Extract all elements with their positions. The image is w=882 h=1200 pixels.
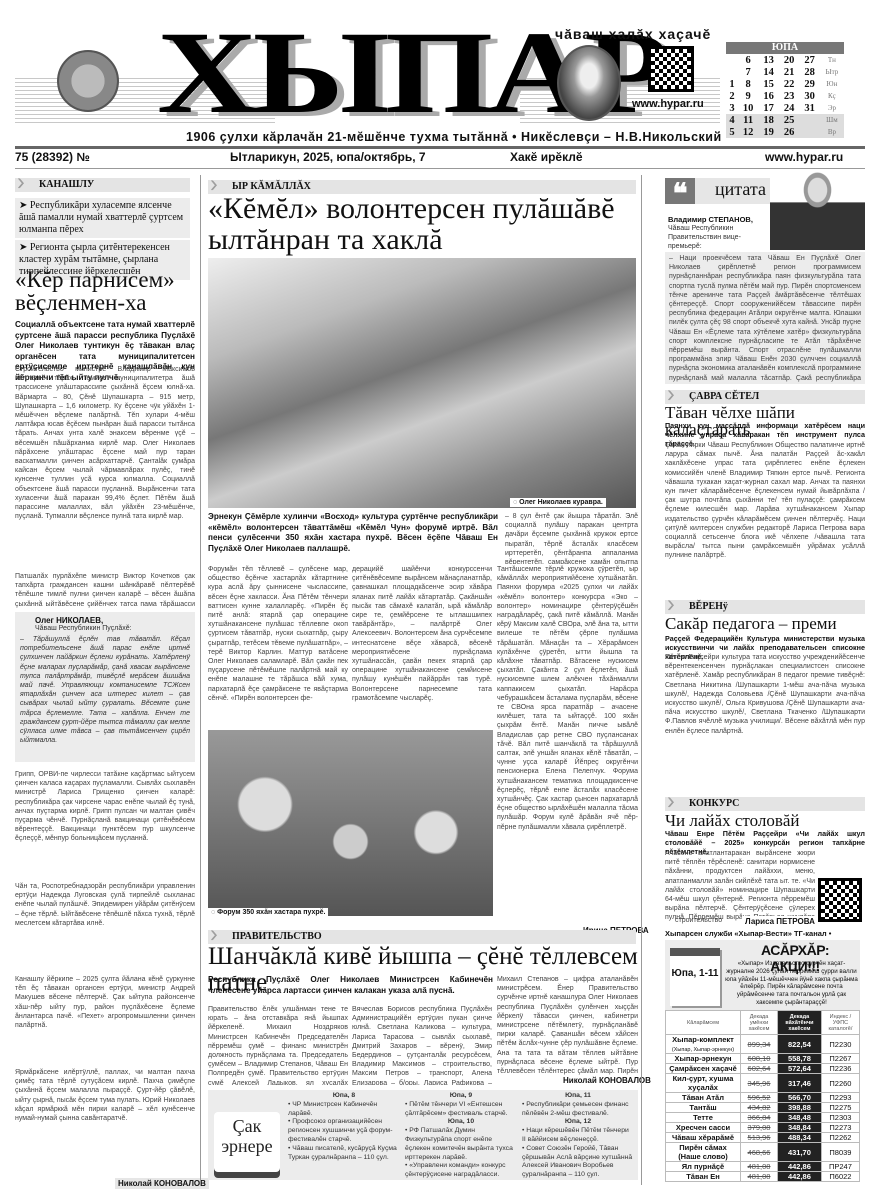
article-body-col2: дерацийĕ шайĕнчи конкурссенчи çитĕнĕвĕсе… bbox=[352, 565, 492, 725]
founder-portrait bbox=[557, 45, 621, 121]
article-body: Пĕтĕм Раççейри культура тата искусство у… bbox=[665, 653, 865, 793]
issue-number: 75 (28392) № bbox=[15, 150, 90, 164]
article-body-col1: Правительство ĕлĕк улшăнман тене те юрат… bbox=[208, 1005, 348, 1085]
quote-author: Владимир СТЕПАНОВ, bbox=[668, 215, 768, 224]
article-headline[interactable]: Чи лайăх столовăй bbox=[665, 812, 870, 829]
quote-author-title: Чăваш Республикин Правительствин вице-пр… bbox=[668, 224, 768, 251]
article-body: Чăн та, Роспотребнадзорăн республикăри у… bbox=[15, 882, 195, 972]
table-row: Тăван Атăл596,52566,70П2293 bbox=[666, 1093, 860, 1103]
events-day-column: Юпа, 9 • Пĕтĕм тĕнчери VI «Ентешсен çăлт… bbox=[405, 1092, 517, 1180]
table-row: Кил-çурт, хушма хуçалăх345,96317,46П2260 bbox=[666, 1074, 860, 1093]
section-label-konkurs: КОНКУРС bbox=[665, 797, 865, 811]
table-row: Хыпар-эрнекун608,10558,78П2267 bbox=[666, 1054, 860, 1064]
byline: Лариса ПЕТРОВА bbox=[742, 916, 818, 927]
article-body-col2: Вячеслав Борисов республика Пуçлăхĕн Адм… bbox=[352, 1005, 492, 1085]
table-row: Тетте366,84348,48П2303 bbox=[666, 1113, 860, 1123]
qr-code-icon[interactable] bbox=[648, 46, 694, 92]
article-note: строительство bbox=[675, 916, 735, 926]
article-body: Çакăн пирки Чăваш Республикин Общество п… bbox=[665, 441, 865, 576]
quote-box: Олег НИКОЛАЕВ, Чăваш Республикин Пуçлăхĕ… bbox=[15, 612, 195, 762]
slogan: чăваш халăх хаçачĕ bbox=[555, 26, 711, 42]
masthead-tagline: 1906 çулхи кăрлачăн 21-мĕшĕнче тухма тыт… bbox=[186, 130, 722, 144]
article-body-col1: Форумăн тĕп тĕллевĕ – çулĕсене мар, обще… bbox=[208, 565, 348, 725]
article-body-col3: Тантăшсемпе тĕрлĕ кружока çÿретĕп, ыр кă… bbox=[497, 565, 638, 935]
article-headline[interactable]: Сакăр педагога – преми bbox=[665, 615, 870, 632]
issue-date: Ытларикун, 2025, юпа/октябрь, 7 bbox=[230, 150, 426, 164]
section-label-pravitelstvo: ПРАВИТЕЛЬСТВО bbox=[208, 930, 636, 944]
photo-forum-audience bbox=[208, 730, 493, 916]
divider bbox=[15, 146, 865, 149]
calendar: ЮПА 6132027Тн 7142128Ытр 18152229Юн 2916… bbox=[726, 42, 844, 138]
article-body: Канашлу йĕркипе – 2025 çулта йăлана кĕнĕ… bbox=[15, 975, 195, 1065]
article-headline[interactable]: «Кĕр парнисем» вĕçленмен-ха bbox=[15, 268, 195, 315]
column-divider bbox=[641, 175, 642, 1185]
table-row: Чăваш хĕрарăмĕ513,96488,34П2262 bbox=[666, 1133, 860, 1143]
article-body: Строительство министрĕ Владимир Максимов… bbox=[15, 365, 195, 570]
article-sidebar-text: – 8 çул ĕнтĕ çак йышра тăратăп. Элĕ соци… bbox=[505, 512, 638, 564]
table-row: Пирĕн сăмах (Наше слово)468,66431,70П803… bbox=[666, 1143, 860, 1162]
table-row: Тăван Ен481,08442,86П6022 bbox=[666, 1172, 860, 1182]
promo-calendar-icon: Юпа, 1-11 bbox=[670, 948, 720, 1006]
article-headline[interactable]: «Кĕмĕл» волонтерсен пулăшăвĕ ылтăнран та… bbox=[208, 194, 638, 255]
quote-author-title: Чăваш Республикин Пуçлăхĕ: bbox=[15, 625, 195, 635]
events-day-column: Юпа, 8 • ЧР Министрсен Кабинечĕн ларăвĕ.… bbox=[288, 1092, 400, 1162]
article-body: Ачасене апатлантаракан вырăнсене жюри пи… bbox=[665, 849, 815, 921]
table-row: Хыпар-комплект(Хыпар, Хыпар-эрнекун)899,… bbox=[666, 1035, 860, 1054]
section-label-verenu: ВĔРЕНÿ bbox=[665, 600, 865, 614]
promo-text: «Хыпар» Издательство çурчĕн хаçат-журнал… bbox=[725, 960, 858, 1007]
divider bbox=[15, 168, 865, 169]
quote-label: цитата bbox=[715, 179, 766, 200]
article-body: Патшалăх пурлăхĕпе министр Виктор Кочетк… bbox=[15, 572, 195, 608]
table-header-row: Кăларăмсем Декада умĕнхи хакĕсем Декада … bbox=[666, 1011, 860, 1035]
article-body: Ярмăркăсене илĕртÿллĕ, паллах, чи малтан… bbox=[15, 1068, 195, 1173]
telegram-channel-line[interactable]: Хыпарсен служби «Хыпар-Вести» ТГ-канал • bbox=[665, 929, 831, 938]
calendar-month: ЮПА bbox=[726, 42, 844, 54]
byline: Николай КОНОВАЛОВ bbox=[115, 1178, 209, 1189]
subscription-price-table: Кăларăмсем Декада умĕнхи хакĕсем Декада … bbox=[665, 1010, 860, 1182]
byline: Николай КОНОВАЛОВ bbox=[560, 1075, 654, 1086]
week-events-title: Çак эрнере bbox=[214, 1112, 280, 1156]
week-events-box: Çак эрнере Юпа, 8 • ЧР Министрсен Кабине… bbox=[208, 1090, 638, 1180]
quote-text: – Тăрăшуллă ĕçлĕн тав тăватăп. Кĕçал пот… bbox=[15, 635, 195, 753]
bullet-item: ➤ Республикăри хуласемпе ялсенче ăшă пам… bbox=[15, 198, 190, 238]
promo-box: Юпа, 1-11 АСĂРХĂР: АКЦИ!!! «Хыпар» Издат… bbox=[665, 940, 860, 1010]
photo-caption: ◌ Форум 350 яхăн хастара пухрĕ. bbox=[208, 908, 328, 917]
column-divider bbox=[200, 175, 201, 1185]
qr-code-icon[interactable] bbox=[818, 878, 862, 922]
table-row: Çамрăксен хаçачĕ602,64572,64П2236 bbox=[666, 1064, 860, 1074]
price: Хакĕ ирĕклĕ bbox=[510, 150, 583, 164]
quote-text: – Наци проекчĕсем тата Чăваш Ен Пуçлăхĕ … bbox=[665, 252, 865, 384]
photo-nikolaev-forum bbox=[208, 258, 636, 508]
photo-caption: ◌ Олег Николаев куравра. bbox=[510, 498, 606, 507]
table-row: Ял пурнăçĕ481,08442,86ПР247 bbox=[666, 1162, 860, 1172]
chuvash-emblem-icon bbox=[57, 50, 119, 112]
quote-author: Олег НИКОЛАЕВ, bbox=[15, 612, 195, 625]
calendar-page-icon: Çак эрнере bbox=[214, 1112, 280, 1172]
calendar-grid: 6132027Тн 7142128Ытр 18152229Юн 29162330… bbox=[726, 54, 844, 138]
quote-author-block: Владимир СТЕПАНОВ, Чăваш Республикин Пра… bbox=[668, 215, 768, 251]
photo-stepanov bbox=[770, 170, 865, 250]
website-link-2[interactable]: www.hypar.ru bbox=[765, 150, 843, 164]
section-label-kanashlu: КАНАШЛУ bbox=[15, 178, 190, 192]
section-label-savra-setel: ÇАВРА СĔТЕЛ bbox=[665, 390, 865, 404]
quote-marks-icon: ❝ bbox=[665, 178, 695, 204]
events-day-column: Юпа, 11 • Республикăри çемьесен финанс п… bbox=[522, 1092, 634, 1180]
article-lead: Эрнекун Çĕмĕрле хулинчи «Восход» культур… bbox=[208, 512, 498, 554]
article-body: Грипп, ОРВИ-пе чирлесси татăкне каçăртма… bbox=[15, 770, 195, 880]
website-link[interactable]: www.hypar.ru bbox=[632, 98, 704, 110]
article-lead: Республика Пуçлăхĕ Олег Николаев Министр… bbox=[208, 975, 493, 996]
article-body-col3: Михаил Степанов – цифра аталанăвĕн минис… bbox=[497, 975, 638, 1075]
table-row: Хресчен сасси379,08348,84П2273 bbox=[666, 1123, 860, 1133]
table-row: Тантăш434,82398,88П2275 bbox=[666, 1103, 860, 1113]
